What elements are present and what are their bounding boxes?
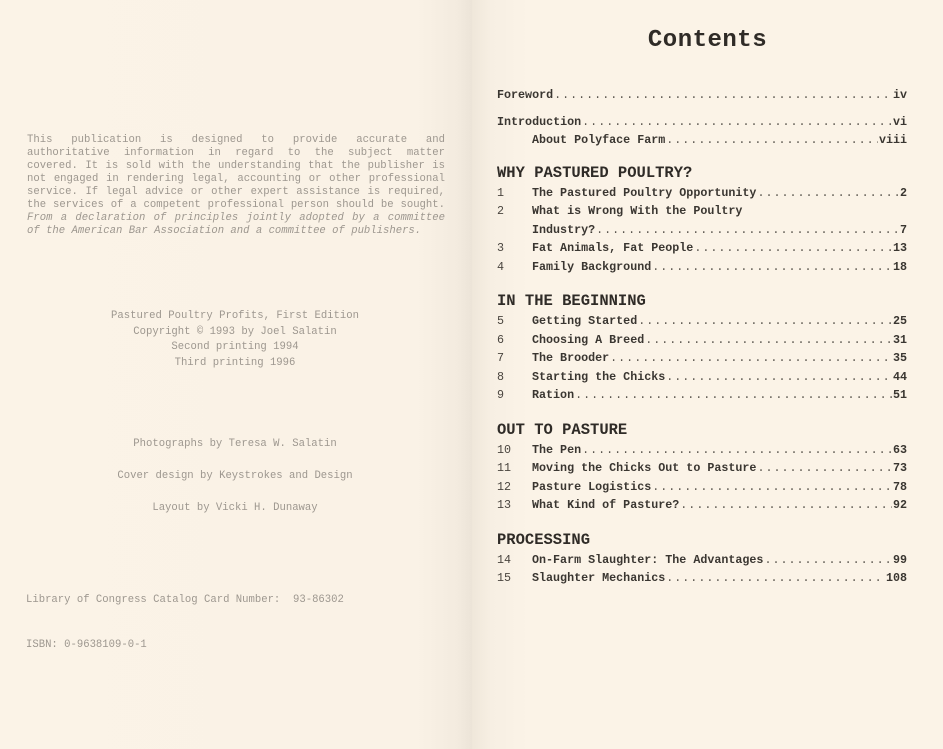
entry-title: Pasture Logistics: [532, 478, 651, 497]
entry-title: The Brooder: [532, 349, 609, 368]
dot-leader: [666, 368, 892, 387]
entry-title: Foreword: [497, 86, 553, 105]
toc-entry[interactable]: 12Pasture Logistics78: [497, 478, 907, 497]
page-number: viii: [879, 131, 907, 150]
toc-entry[interactable]: 11Moving the Chicks Out to Pasture73: [497, 459, 907, 478]
dot-leader: [645, 331, 892, 350]
page-number: 31: [893, 331, 907, 350]
entry-title: Starting the Chicks: [532, 368, 665, 387]
dot-leader: [764, 551, 892, 570]
isbn-line: ISBN: 0-9638109-0-1: [26, 638, 446, 653]
entry-title: Fat Animals, Fat People: [532, 239, 693, 258]
dot-leader: [610, 349, 892, 368]
entry-title: Introduction: [497, 113, 581, 132]
toc-entry[interactable]: 6Choosing A Breed31: [497, 331, 907, 350]
chapter-number: 4: [497, 258, 532, 277]
chapter-number: 14: [497, 551, 532, 570]
page-number: 92: [893, 496, 907, 515]
toc-entry[interactable]: Introductionvi: [497, 113, 907, 132]
entry-title: Getting Started: [532, 312, 637, 331]
chapter-number: 8: [497, 368, 532, 387]
toc-entry[interactable]: 4Family Background 18: [497, 258, 907, 277]
toc-entry[interactable]: 13What Kind of Pasture?92: [497, 496, 907, 515]
chapter-number: 7: [497, 349, 532, 368]
toc-entry[interactable]: 5Getting Started25: [497, 312, 907, 331]
table-of-contents: ForewordivIntroductionviAbout Polyface F…: [497, 86, 907, 588]
dot-leader: [575, 386, 892, 405]
disclaimer-text: This publication is designed to provide …: [27, 134, 445, 211]
toc-entry[interactable]: 3Fat Animals, Fat People 13: [497, 239, 907, 258]
section-heading: IN THE BEGINNING: [497, 290, 907, 312]
cover-credit: Cover design by Keystrokes and Design: [40, 470, 430, 482]
chapter-number: 13: [497, 496, 532, 515]
entry-title: Moving the Chicks Out to Pasture: [532, 459, 756, 478]
toc-entry[interactable]: About Polyface Farm viii: [497, 131, 907, 150]
toc-entry[interactable]: 7The Brooder35: [497, 349, 907, 368]
entry-title: Industry?: [532, 221, 595, 240]
spacer: [497, 105, 907, 113]
section-heading: PROCESSING: [497, 529, 907, 551]
lccn-line: Library of Congress Catalog Card Number:…: [26, 593, 446, 608]
page-number: 13: [893, 239, 907, 258]
chapter-number: 10: [497, 441, 532, 460]
layout-credit: Layout by Vicki H. Dunaway: [40, 502, 430, 514]
toc-entry[interactable]: Industry?7: [497, 221, 907, 240]
page-number: 44: [893, 368, 907, 387]
contents-title: Contents: [472, 27, 943, 54]
entry-title: Slaughter Mechanics: [532, 569, 665, 588]
page-number: vi: [893, 113, 907, 132]
dot-leader: [652, 258, 892, 277]
edition-title: Pastured Poultry Profits, First Edition: [40, 309, 430, 325]
toc-entry[interactable]: 9Ration51: [497, 386, 907, 405]
page-number: 78: [893, 478, 907, 497]
chapter-number: 1: [497, 184, 532, 203]
disclaimer-paragraph: This publication is designed to provide …: [27, 134, 445, 238]
chapter-number: 12: [497, 478, 532, 497]
dot-leader: [652, 478, 892, 497]
toc-entry[interactable]: 15Slaughter Mechanics108: [497, 569, 907, 588]
disclaimer-attribution: From a declaration of principles jointly…: [27, 212, 445, 237]
entry-title: Ration: [532, 386, 574, 405]
dot-leader: [596, 221, 899, 240]
dot-leader: [757, 459, 892, 478]
page-number: 2: [900, 184, 907, 203]
dot-leader: [757, 184, 899, 203]
dot-leader: [554, 86, 892, 105]
chapter-number: 2: [497, 202, 532, 221]
chapter-number: 9: [497, 386, 532, 405]
photo-credit: Photographs by Teresa W. Salatin: [40, 438, 430, 450]
entry-title: The Pen: [532, 441, 581, 460]
entry-title: What is Wrong With the Poultry: [532, 202, 742, 221]
entry-title: About Polyface Farm: [532, 131, 665, 150]
entry-title: What Kind of Pasture?: [532, 496, 679, 515]
section-heading: WHY PASTURED POULTRY?: [497, 162, 907, 184]
page-number: 35: [893, 349, 907, 368]
toc-entry[interactable]: 8Starting the Chicks44: [497, 368, 907, 387]
page-number: 99: [893, 551, 907, 570]
book-spread: This publication is designed to provide …: [0, 0, 943, 749]
dot-leader: [694, 239, 892, 258]
entry-title: Choosing A Breed: [532, 331, 644, 350]
toc-entry[interactable]: 1The Pastured Poultry Opportunity 2: [497, 184, 907, 203]
copyright-line: Copyright © 1993 by Joel Salatin: [40, 325, 430, 341]
chapter-number: 11: [497, 459, 532, 478]
page-number: 108: [886, 569, 907, 588]
page-number: 51: [893, 386, 907, 405]
catalog-info: Library of Congress Catalog Card Number:…: [26, 563, 446, 683]
toc-entry[interactable]: 2What is Wrong With the Poultry: [497, 202, 907, 221]
page-number: 18: [893, 258, 907, 277]
entry-title: Family Background: [532, 258, 651, 277]
page-number: iv: [893, 86, 907, 105]
chapter-number: 15: [497, 569, 532, 588]
copyright-page: This publication is designed to provide …: [0, 0, 472, 749]
edition-info: Pastured Poultry Profits, First Edition …: [40, 309, 430, 371]
dot-leader: [666, 131, 878, 150]
dot-leader: [680, 496, 892, 515]
third-printing: Third printing 1996: [40, 356, 430, 372]
dot-leader: [666, 569, 885, 588]
dot-leader: [582, 441, 892, 460]
page-number: 73: [893, 459, 907, 478]
toc-entry[interactable]: 14On-Farm Slaughter: The Advantages99: [497, 551, 907, 570]
entry-title: On-Farm Slaughter: The Advantages: [532, 551, 763, 570]
page-number: 25: [893, 312, 907, 331]
chapter-number: 5: [497, 312, 532, 331]
page-number: 7: [900, 221, 907, 240]
section-heading: OUT TO PASTURE: [497, 419, 907, 441]
page-number: 63: [893, 441, 907, 460]
entry-title: The Pastured Poultry Opportunity: [532, 184, 756, 203]
dot-leader: [582, 113, 892, 132]
toc-entry[interactable]: Forewordiv: [497, 86, 907, 105]
second-printing: Second printing 1994: [40, 340, 430, 356]
chapter-number: 6: [497, 331, 532, 350]
toc-entry[interactable]: 10The Pen63: [497, 441, 907, 460]
dot-leader: [638, 312, 892, 331]
chapter-number: 3: [497, 239, 532, 258]
